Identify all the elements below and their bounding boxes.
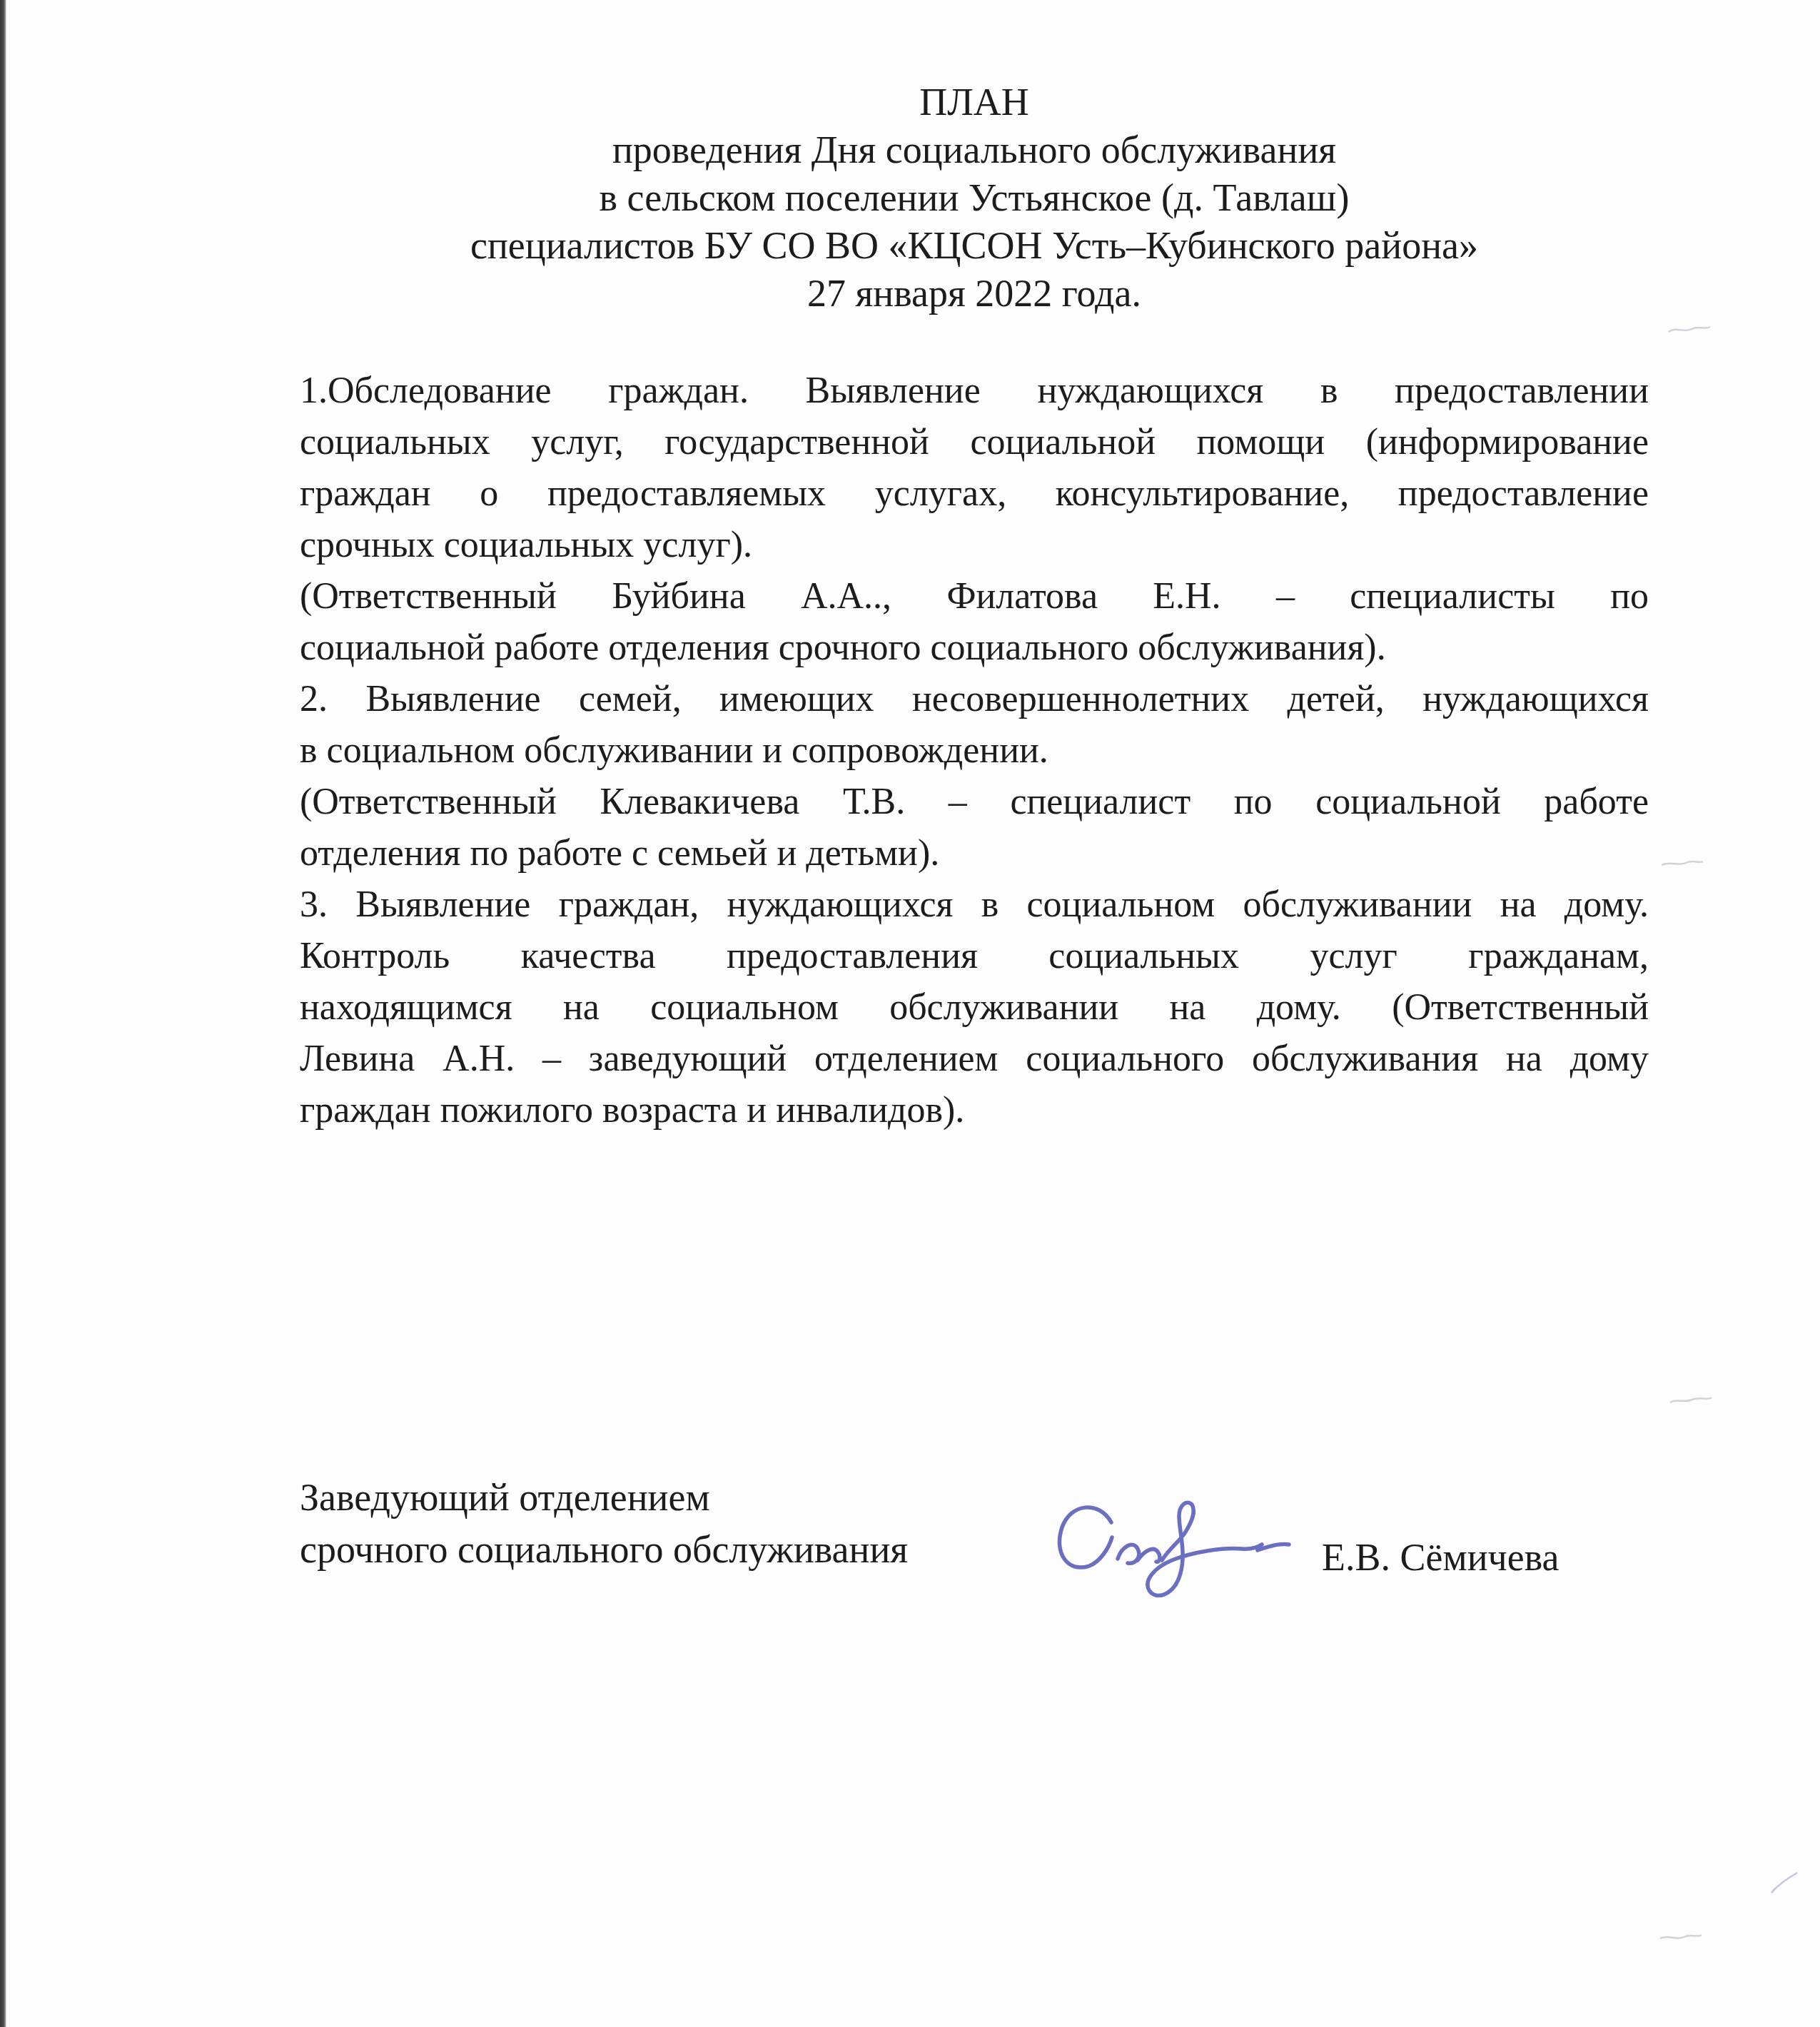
scanner-edge-strip [0,0,6,2027]
paragraph-2: 2. Выявление семей, имеющих несовершенно… [300,674,1649,777]
scan-artifact-pen-tick [1769,1871,1799,1896]
document-body: 1.Обследование граждан. Выявление нуждаю… [300,365,1649,1136]
paragraph-1: 1.Обследование граждан. Выявление нуждаю… [300,365,1649,571]
text-line: ПЛАН [300,79,1649,126]
text-line: проведения Дня социального обслуживания [300,126,1649,174]
scanned-document-page: ПЛАНпроведения Дня социального обслужива… [0,0,1820,2027]
document-header: ПЛАНпроведения Дня социального обслужива… [300,79,1649,318]
paragraph-1-responsible: (Ответственный Буйбина А.А.., Филатова Е… [300,571,1649,674]
text-line: граждан о предоставляемых услугах, консу… [300,468,1649,520]
scan-artifact-squiggle [1660,856,1704,871]
text-line: (Ответственный Буйбина А.А.., Филатова Е… [300,571,1649,622]
signature-stroke [1059,1502,1289,1595]
text-line: (Ответственный Клевакичева Т.В. – специа… [300,777,1649,828]
handwritten-signature-scribble [1043,1490,1315,1615]
paragraph-2-responsible: (Ответственный Клевакичева Т.В. – специа… [300,777,1649,879]
text-line: Левина А.Н. – заведующий отделением соци… [300,1033,1649,1085]
text-line: специалистов БУ СО ВО «КЦСОН Усть–Кубинс… [300,222,1649,270]
scan-artifact-squiggle [1669,1393,1713,1407]
text-line: граждан пожилого возраста и инвалидов). [300,1085,1649,1136]
text-line: в сельском поселении Устьянское (д. Тавл… [300,174,1649,222]
text-line: 27 января 2022 года. [300,270,1649,318]
text-line: Заведующий отделением [300,1472,1085,1524]
text-line: 3. Выявление граждан, нуждающихся в соци… [300,879,1649,931]
paragraph-3: 3. Выявление граждан, нуждающихся в соци… [300,879,1649,1136]
text-line: в социальном обслуживании и сопровождени… [300,725,1649,777]
signatory-name: Е.В. Сёмичева [1322,1532,1559,1584]
text-line: срочных социальных услуг). [300,520,1649,571]
signatory-title: Заведующий отделениемсрочного социальног… [300,1472,1085,1576]
scan-artifact-squiggle [1667,323,1712,337]
text-line: Контроль качества предоставления социаль… [300,931,1649,982]
text-line: срочного социального обслуживания [300,1524,1085,1576]
text-line: отделения по работе с семьей и детьми). [300,828,1649,879]
text-line: находящимся на социальном обслуживании н… [300,982,1649,1033]
text-line: 2. Выявление семей, имеющих несовершенно… [300,674,1649,725]
text-line: 1.Обследование граждан. Выявление нуждаю… [300,365,1649,417]
scan-artifact-squiggle [1659,1930,1703,1944]
text-line: социальных услуг, государственной социал… [300,417,1649,468]
text-line: социальной работе отделения срочного соц… [300,622,1649,674]
